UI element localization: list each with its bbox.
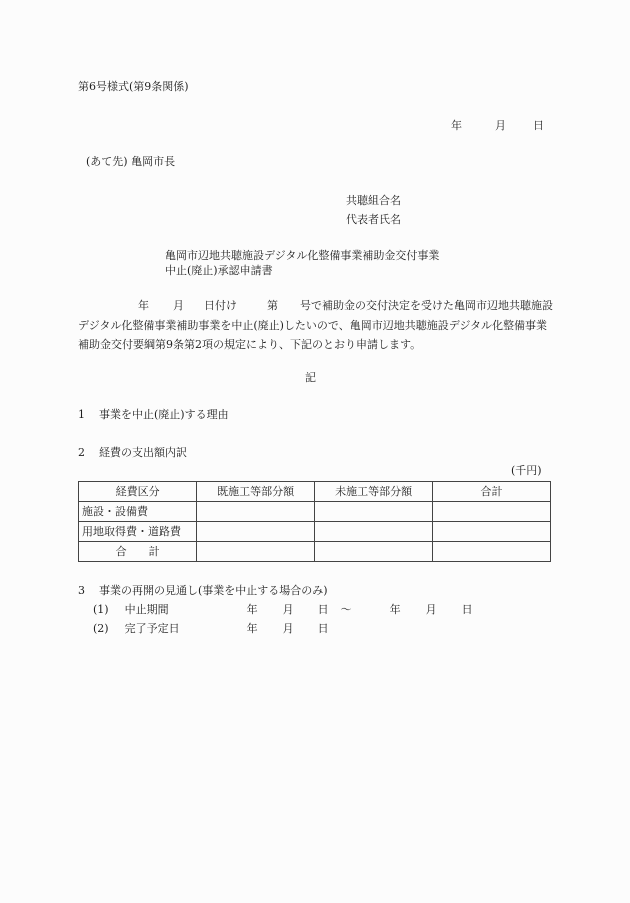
- date-year: 年: [451, 119, 462, 133]
- table-cell[interactable]: [315, 502, 433, 522]
- suspension-period-row: (1)中止期間年月日〜年月日: [93, 603, 473, 617]
- table-header-row: 経費区分 既施工等部分額 未施工等部分額 合計: [79, 482, 551, 502]
- range-tilde: 〜: [341, 603, 352, 616]
- document-title-line2: 中止(廃止)承認申請書: [165, 264, 273, 278]
- column-header: 既施工等部分額: [197, 482, 315, 502]
- table-cell[interactable]: [197, 502, 315, 522]
- row-label: 合 計: [79, 542, 197, 562]
- date-day: 日: [533, 119, 544, 133]
- section-2-heading: 2経費の支出額内訳: [78, 446, 187, 460]
- column-header: 合計: [433, 482, 551, 502]
- column-header: 経費区分: [79, 482, 197, 502]
- suspension-period-label: 中止期間: [125, 603, 169, 616]
- table-cell[interactable]: [433, 502, 551, 522]
- column-header: 未施工等部分額: [315, 482, 433, 502]
- table-row-total: 合 計: [79, 542, 551, 562]
- completion-date-label: 完了予定日: [125, 622, 180, 635]
- section-1-heading: 1事業を中止(廃止)する理由: [78, 408, 229, 422]
- table-cell[interactable]: [197, 522, 315, 542]
- application-date: 年月日: [451, 119, 544, 133]
- table-row: 施設・設備費: [79, 502, 551, 522]
- table-row: 用地取得費・道路費: [79, 522, 551, 542]
- table-cell[interactable]: [315, 542, 433, 562]
- row-label: 用地取得費・道路費: [79, 522, 197, 542]
- table-cell[interactable]: [315, 522, 433, 542]
- table-cell[interactable]: [197, 542, 315, 562]
- row-label: 施設・設備費: [79, 502, 197, 522]
- form-number-label: 第6号様式(第9条関係): [78, 80, 189, 94]
- table-cell[interactable]: [433, 542, 551, 562]
- table-cell[interactable]: [433, 522, 551, 542]
- document-title-line1: 亀岡市辺地共聴施設デジタル化整備事業補助金交付事業: [165, 249, 439, 263]
- representative-name-label: 代表者氏名: [346, 213, 401, 227]
- date-month: 月: [495, 119, 506, 133]
- application-body: 年月日付け第号で補助金の交付決定を受けた亀岡市辺地共聴施設デジタル化整備事業補助…: [78, 296, 558, 355]
- section-3-heading: 3事業の再開の見通し(事業を中止する場合のみ): [78, 584, 328, 598]
- record-heading: 記: [305, 371, 316, 385]
- completion-date-row: (2)完了予定日年月日: [93, 622, 329, 636]
- association-name-label: 共聴組合名: [346, 194, 401, 208]
- currency-unit: (千円): [511, 464, 542, 478]
- expense-breakdown-table: 経費区分 既施工等部分額 未施工等部分額 合計 施設・設備費 用地取得費・道路費…: [78, 481, 551, 562]
- addressee: (あて先) 亀岡市長: [86, 155, 175, 169]
